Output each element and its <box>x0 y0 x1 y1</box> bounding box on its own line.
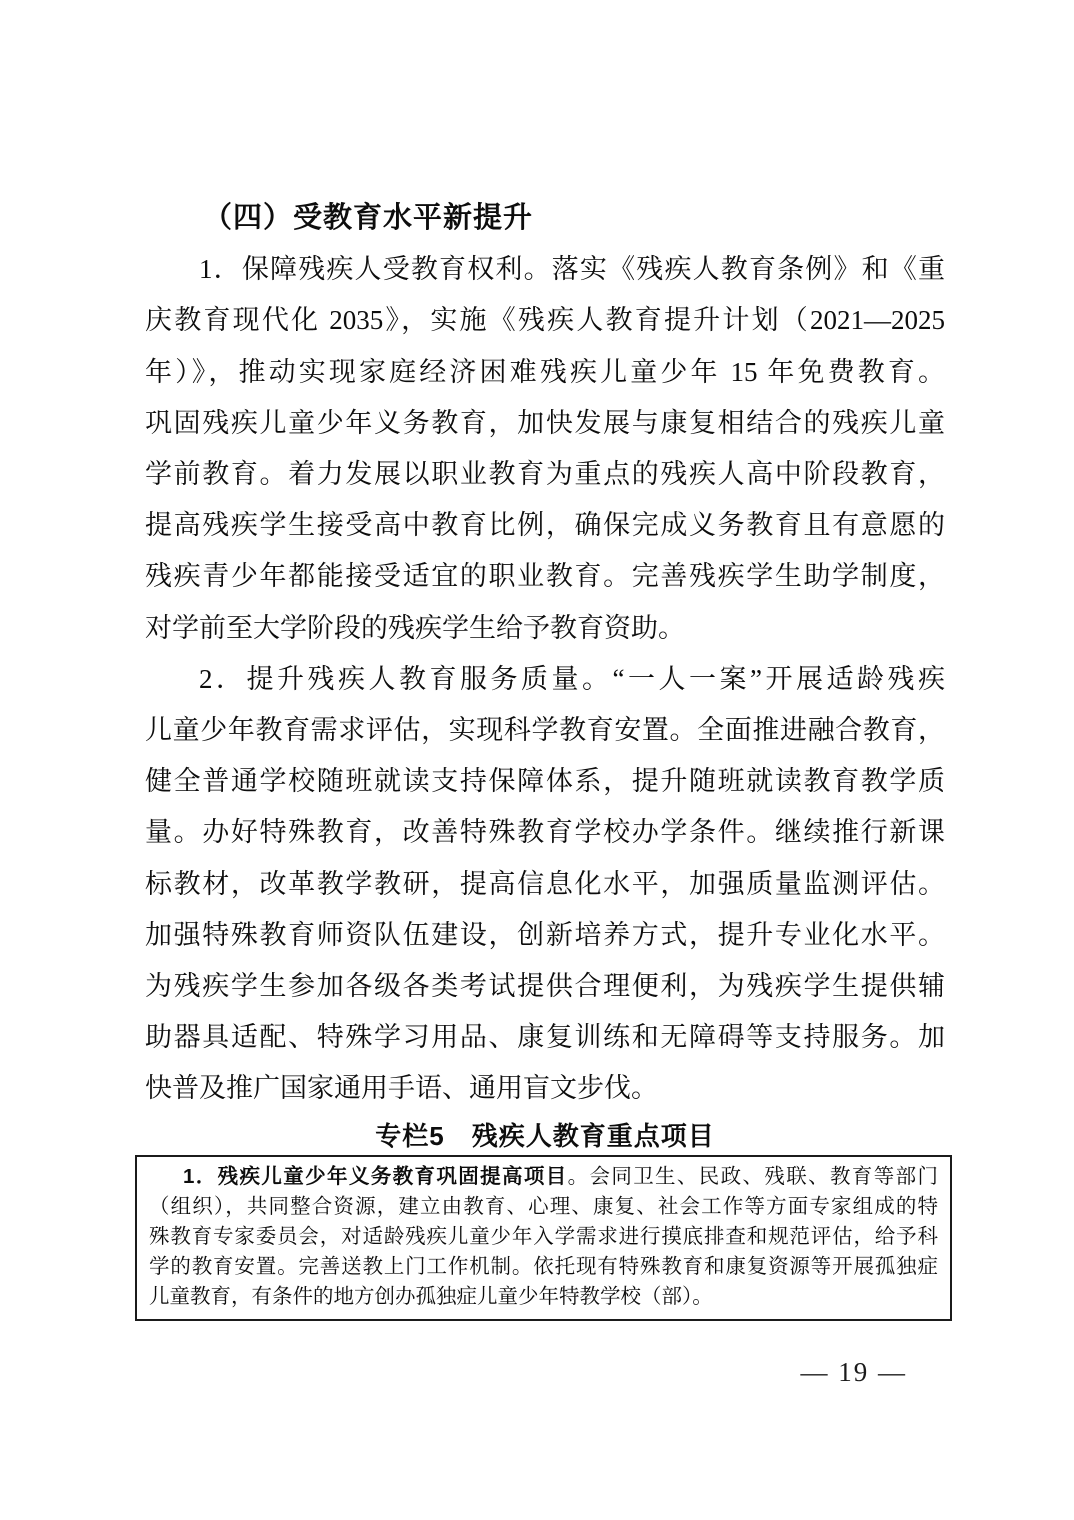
paragraph-line: 巩固残疾儿童少年义务教育，加快发展与康复相结合的残疾儿童 <box>145 398 945 449</box>
paragraph-line: 残疾青少年都能接受适宜的职业教育。完善残疾学生助学制度， <box>145 551 945 602</box>
paragraph-line: 提高残疾学生接受高中教育比例，确保完成义务教育且有意愿的 <box>145 500 945 551</box>
box-line: 1．残疾儿童少年义务教育巩固提高项目。会同卫生、民政、残联、教育等部门 <box>149 1162 938 1192</box>
paragraph-line: 量。办好特殊教育，改善特殊教育学校办学条件。继续推行新课 <box>145 807 945 858</box>
box-line: 学的教育安置。完善送教上门工作机制。依托现有特殊教育和康复资源等开展孤独症 <box>149 1252 938 1282</box>
box-lead-bold: 1．残疾儿童少年义务教育巩固提高项目 <box>183 1165 568 1188</box>
paragraph-line: 儿童少年教育需求评估，实现科学教育安置。全面推进融合教育， <box>145 705 945 756</box>
paragraph-line: 1．保障残疾人受教育权利。落实《残疾人教育条例》和《重 <box>145 244 945 295</box>
paragraph-line: 学前教育。着力发展以职业教育为重点的残疾人高中阶段教育， <box>145 449 945 500</box>
paragraph-line: 标教材，改革教学教研，提高信息化水平，加强质量监测评估。 <box>145 859 945 910</box>
paragraph-line: 2．提升残疾人教育服务质量。“一人一案”开展适龄残疾 <box>145 654 945 705</box>
section-heading: （四）受教育水平新提升 <box>145 193 945 244</box>
paragraph-line: 健全普通学校随班就读支持保障体系，提升随班就读教育教学质 <box>145 756 945 807</box>
box-line: 殊教育专家委员会，对适龄残疾儿童少年入学需求进行摸底排查和规范评估，给予科 <box>149 1222 938 1252</box>
box-lead-rest: 。会同卫生、民政、残联、教育等部门 <box>568 1166 938 1188</box>
page-content: （四）受教育水平新提升 1．保障残疾人受教育权利。落实《残疾人教育条例》和《重 … <box>145 0 945 1387</box>
paragraph-1: 1．保障残疾人受教育权利。落实《残疾人教育条例》和《重 庆教育现代化 2035》… <box>145 244 945 654</box>
paragraph-line: 对学前至大学阶段的残疾学生给予教育资助。 <box>145 603 945 654</box>
paragraph-line: 快普及推广国家通用手语、通用盲文步伐。 <box>145 1063 945 1114</box>
column-box: 1．残疾儿童少年义务教育巩固提高项目。会同卫生、民政、残联、教育等部门 （组织）… <box>135 1155 952 1321</box>
column-box-title: 专栏5 残疾人教育重点项目 <box>145 1117 945 1155</box>
paragraph-line: 助器具适配、特殊学习用品、康复训练和无障碍等支持服务。加 <box>145 1012 945 1063</box>
paragraph-line: 年）》，推动实现家庭经济困难残疾儿童少年 15 年免费教育。 <box>145 347 945 398</box>
box-line: 儿童教育，有条件的地方创办孤独症儿童少年特教学校（部）。 <box>149 1282 938 1312</box>
document-page: （四）受教育水平新提升 1．保障残疾人受教育权利。落实《残疾人教育条例》和《重 … <box>0 0 1074 1520</box>
box-line: （组织），共同整合资源，建立由教育、心理、康复、社会工作等方面专家组成的特 <box>149 1192 938 1222</box>
paragraph-line: 为残疾学生参加各级各类考试提供合理便利，为残疾学生提供辅 <box>145 961 945 1012</box>
paragraph-line: 庆教育现代化 2035》，实施《残疾人教育提升计划（2021—2025 <box>145 295 945 346</box>
paragraph-line: 加强特殊教育师资队伍建设，创新培养方式，提升专业化水平。 <box>145 910 945 961</box>
page-number: — 19 — <box>145 1357 945 1387</box>
paragraph-2: 2．提升残疾人教育服务质量。“一人一案”开展适龄残疾 儿童少年教育需求评估，实现… <box>145 654 945 1115</box>
